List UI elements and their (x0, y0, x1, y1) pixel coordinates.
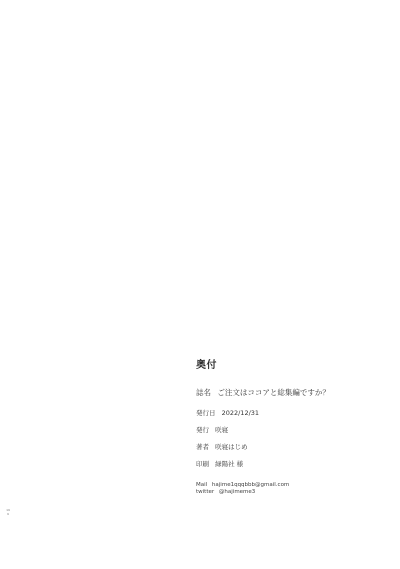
publish-date-row: 発行日 2022/12/31 (196, 409, 330, 417)
printer-label: 印刷 (196, 460, 209, 468)
author-value: 咲寝はじめ (215, 443, 248, 451)
colophon-page: 奥付 誌名 ご注文はココアと総集編ですか？ 発行日 2022/12/31 発行 … (0, 0, 400, 569)
publish-date-value: 2022/12/31 (222, 409, 259, 417)
page-number: 199 (6, 508, 10, 516)
publisher-row: 発行 咲寝 (196, 426, 330, 434)
author-row: 著者 咲寝はじめ (196, 443, 330, 451)
mail-label: Mail (196, 482, 207, 488)
publish-date-label: 発行日 (196, 409, 216, 417)
contact-block: Mail hajime1qqqbbb@gmail.com twitter @ha… (196, 482, 330, 495)
printer-row: 印刷 緑陽社 様 (196, 460, 330, 468)
publication-title-label: 誌名 (196, 388, 211, 397)
author-label: 著者 (196, 443, 209, 451)
publication-title-row: 誌名 ご注文はココアと総集編ですか？ (196, 389, 330, 397)
twitter-label: twitter (196, 489, 214, 495)
twitter-value: @hajimeme3 (219, 489, 255, 495)
colophon-block: 奥付 誌名 ご注文はココアと総集編ですか？ 発行日 2022/12/31 発行 … (196, 360, 330, 495)
publication-title-value: ご注文はココアと総集編ですか？ (217, 388, 330, 397)
mail-value: hajime1qqqbbb@gmail.com (212, 482, 289, 488)
printer-value: 緑陽社 様 (215, 460, 243, 468)
twitter-row: twitter @hajimeme3 (196, 489, 330, 496)
publisher-label: 発行 (196, 426, 209, 434)
publisher-value: 咲寝 (215, 426, 228, 434)
colophon-heading: 奥付 (196, 360, 330, 372)
